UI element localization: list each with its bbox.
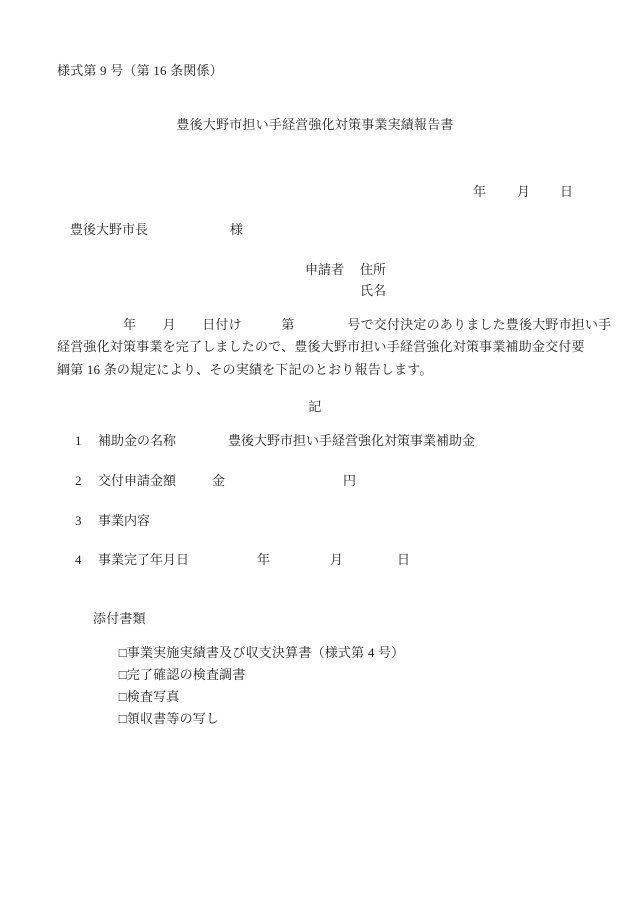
currency-prefix-label: 金 (212, 474, 225, 487)
completion-year-label: 年 (257, 553, 270, 566)
item-number: 3 (75, 514, 82, 527)
item-label-project-details: 事業内容 (98, 514, 150, 527)
recipient-honorific: 様 (230, 223, 243, 236)
recipient-name: 豊後大野市長 (70, 223, 148, 236)
section-marker-ki: 記 (0, 400, 630, 413)
date-year-label: 年 (473, 185, 486, 198)
document-title: 豊後大野市担い手経営強化対策事業実績報告書 (0, 118, 630, 131)
attachment-label: 領収書等の写し (127, 711, 219, 726)
applicant-label: 申請者 (305, 263, 344, 276)
item-label-completion-date: 事業完了年月日 (98, 553, 189, 566)
applicant-address-label: 住所 (360, 263, 386, 276)
body-line-3: 綱第 16 条の規定により、その実績を下記のとおり報告します。 (57, 363, 433, 376)
item-label-application-amount: 交付申請金額 (98, 474, 176, 487)
form-number: 様式第 9 号（第 16 条関係） (57, 64, 223, 77)
attachment-item: □領収書等の写し (98, 699, 219, 738)
completion-day-label: 日 (397, 553, 410, 566)
currency-suffix-label: 円 (343, 474, 356, 487)
body-line-2: 経営強化対策事業を完了しましたので、豊後大野市担い手経営強化対策事業補助金交付要 (57, 340, 585, 353)
date-month-label: 月 (517, 185, 530, 198)
item-number: 4 (75, 553, 82, 566)
item-number: 2 (75, 474, 82, 487)
document-page: 様式第 9 号（第 16 条関係） 豊後大野市担い手経営強化対策事業実績報告書 … (0, 0, 630, 903)
item-value-subsidy-name: 豊後大野市担い手経営強化対策事業補助金 (228, 434, 475, 447)
completion-month-label: 月 (330, 553, 343, 566)
applicant-name-label: 氏名 (360, 284, 386, 297)
attachments-header: 添付書類 (93, 612, 146, 625)
item-label-subsidy-name: 補助金の名称 (98, 434, 176, 447)
item-number: 1 (75, 434, 82, 447)
checkbox-icon: □ (119, 711, 127, 726)
body-line-1: 年 月 日付け 第 号で交付決定のありました豊後大野市担い手 (57, 318, 611, 331)
date-day-label: 日 (560, 185, 573, 198)
